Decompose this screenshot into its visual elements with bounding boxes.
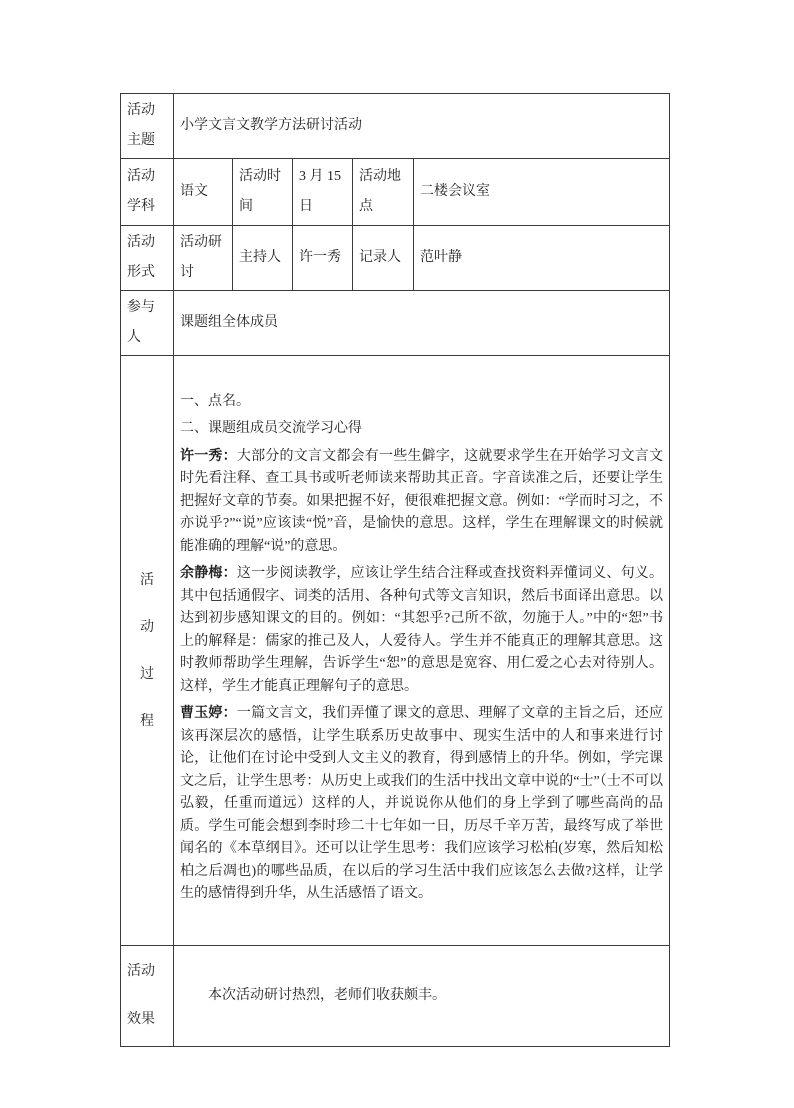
speech-text: 这一步阅读教学，应该让学生结合注释或查找资料弄懂词义、句义。其中包括通假字、词类… xyxy=(180,566,663,694)
agenda-item-roll-call: 一、点名。 xyxy=(180,391,663,414)
effect-value: 本次活动研讨热烈，老师们收获颇丰。 xyxy=(180,983,663,1009)
participants-label: 参与人 xyxy=(121,291,174,356)
process-label-char: 动 xyxy=(127,604,167,651)
agenda-item-exchange: 二、课题组成员交流学习心得 xyxy=(180,418,663,441)
speaker-name: 许一秀： xyxy=(180,449,237,464)
effect-label-line: 活动 xyxy=(127,948,167,996)
speaker-name: 曹玉婷： xyxy=(180,706,237,721)
effect-label-line: 效果 xyxy=(127,996,167,1044)
recorder-value: 范叶静 xyxy=(414,226,670,291)
effect-label: 活动 效果 xyxy=(121,946,174,1047)
place-label: 活动地点 xyxy=(353,159,414,226)
subject-value: 语文 xyxy=(174,159,233,226)
participants-row: 参与人 课题组全体成员 xyxy=(121,291,670,356)
theme-value: 小学文言文教学方法研讨活动 xyxy=(174,94,670,159)
host-label: 主持人 xyxy=(233,226,293,291)
speech-text: 一篇文言文，我们弄懂了课文的意思、理解了文章的主旨之后，还应该再深层次的感悟，让… xyxy=(180,706,663,901)
speech-text: 大部分的文言文都会有一些生僻字，这就要求学生在开始学习文言文时先看注释、查工具书… xyxy=(180,449,663,554)
document-sheet: 活动主题 小学文言文教学方法研讨活动 活动学科 语文 活动时间 3 月 15 日… xyxy=(120,93,670,1047)
theme-label: 活动主题 xyxy=(121,94,174,159)
process-label-char: 过 xyxy=(127,651,167,698)
effect-row: 活动 效果 本次活动研讨热烈，老师们收获颇丰。 xyxy=(121,946,670,1047)
time-label: 活动时间 xyxy=(233,159,293,226)
time-value: 3 月 15 日 xyxy=(293,159,353,226)
form-value: 活动研讨 xyxy=(174,226,233,291)
process-label: 活 动 过 程 xyxy=(121,356,174,946)
process-label-char: 活 xyxy=(127,557,167,604)
place-value: 二楼会议室 xyxy=(414,159,670,226)
participants-value: 课题组全体成员 xyxy=(174,291,670,356)
theme-row: 活动主题 小学文言文教学方法研讨活动 xyxy=(121,94,670,159)
process-row: 活 动 过 程 一、点名。 二、课题组成员交流学习心得 许一秀：大部分的文言文都… xyxy=(121,356,670,946)
speech-paragraph: 曹玉婷：一篇文言文，我们弄懂了课文的意思、理解了文章的主旨之后，还应该再深层次的… xyxy=(180,703,663,906)
recorder-label: 记录人 xyxy=(353,226,414,291)
speech-paragraph: 余静梅：这一步阅读教学，应该让学生结合注释或查找资料弄懂词义、句义。其中包括通假… xyxy=(180,563,663,698)
form-label: 活动形式 xyxy=(121,226,174,291)
speech-paragraph: 许一秀：大部分的文言文都会有一些生僻字，这就要求学生在开始学习文言文时先看注释、… xyxy=(180,446,663,559)
activity-record-table: 活动主题 小学文言文教学方法研讨活动 活动学科 语文 活动时间 3 月 15 日… xyxy=(120,93,670,1047)
form-row: 活动形式 活动研讨 主持人 许一秀 记录人 范叶静 xyxy=(121,226,670,291)
host-value: 许一秀 xyxy=(293,226,353,291)
process-label-char: 程 xyxy=(127,698,167,745)
info-row: 活动学科 语文 活动时间 3 月 15 日 活动地点 二楼会议室 xyxy=(121,159,670,226)
effect-value-cell: 本次活动研讨热烈，老师们收获颇丰。 xyxy=(174,946,670,1047)
subject-label: 活动学科 xyxy=(121,159,174,226)
speaker-name: 余静梅： xyxy=(180,566,237,581)
process-content: 一、点名。 二、课题组成员交流学习心得 许一秀：大部分的文言文都会有一些生僻字，… xyxy=(174,356,670,946)
